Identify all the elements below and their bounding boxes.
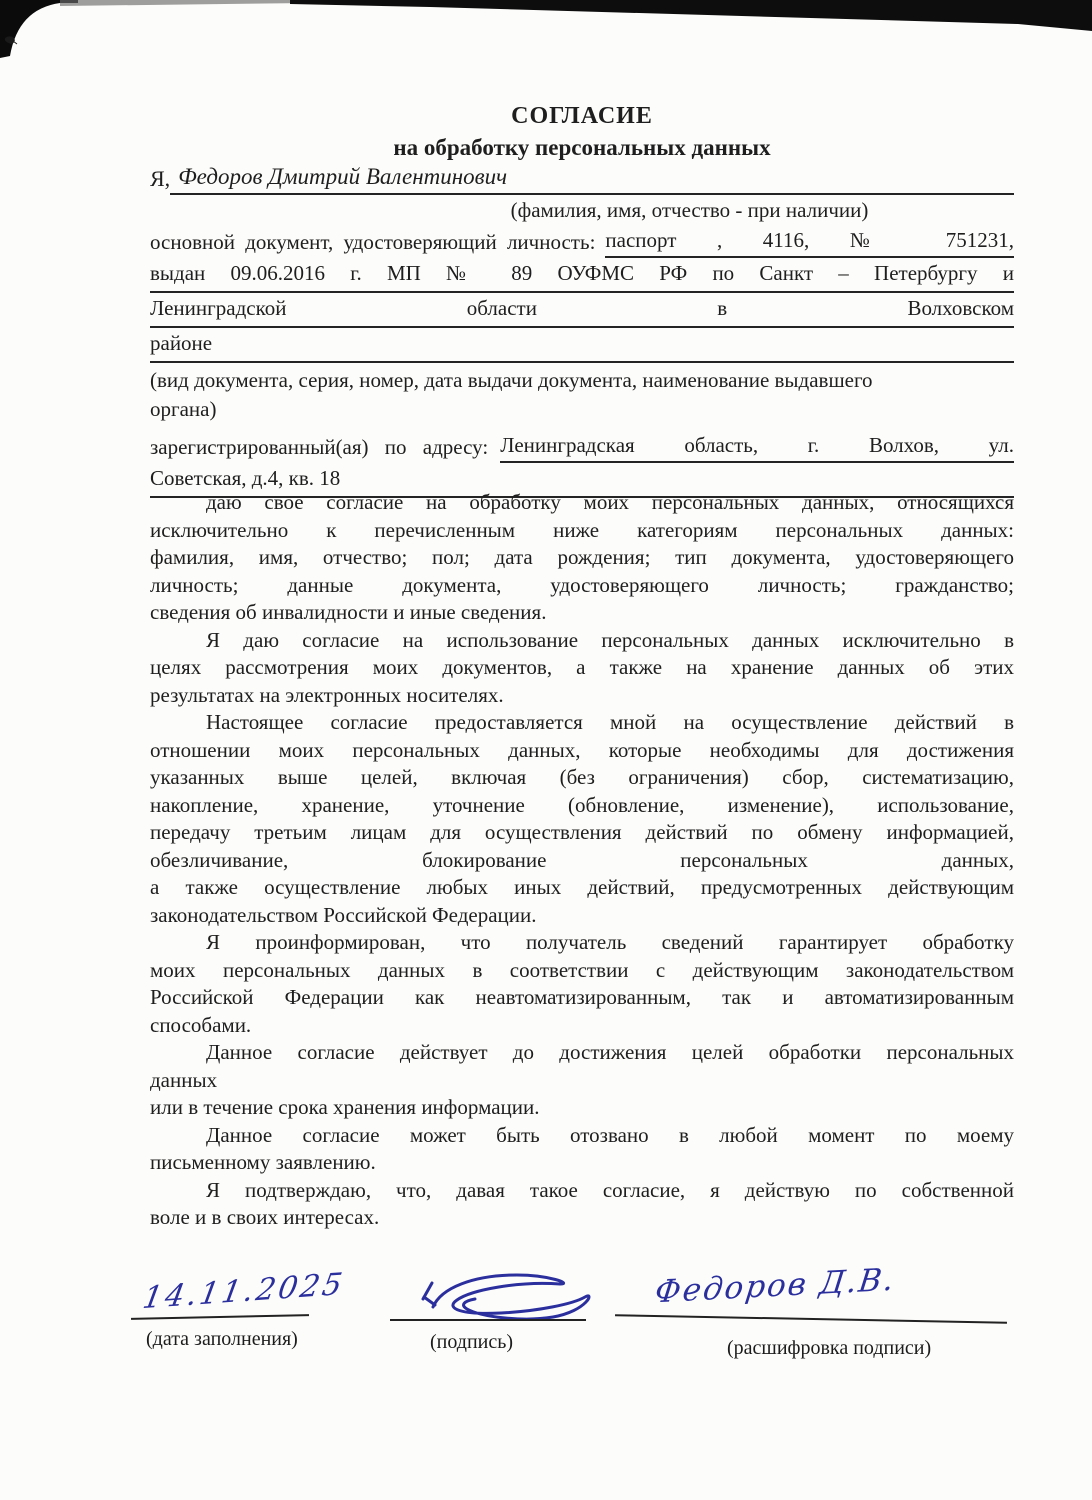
passport-caption-line-2: органа) — [150, 395, 1014, 424]
passport-value: паспорт , 4116, № 751231, — [605, 228, 1014, 252]
ink-speck — [5, 37, 17, 44]
paragraph-line: способами. — [150, 1012, 1014, 1040]
passport-line-4: районе — [150, 328, 1014, 363]
paragraph-line: результатах на электронных носителях. — [150, 682, 1014, 710]
paragraph-line: Я даю согласие на использование персонал… — [150, 627, 1014, 655]
passport-line-1: основной документ, удостоверяющий личнос… — [150, 225, 1014, 258]
paragraph-line: Данное согласие действует до достижения … — [150, 1039, 1014, 1067]
signature-underline — [390, 1319, 586, 1321]
paragraph-line: Настоящее согласие предоставляется мной … — [150, 709, 1014, 737]
paragraph-line: фамилия, имя, отчество; пол; дата рожден… — [150, 544, 1014, 572]
paragraph-line: или в течение срока хранения информации. — [150, 1094, 1014, 1122]
name-section: Я, Федоров Дмитрий Валентинович (фамилия… — [150, 159, 1014, 225]
date-caption: (дата заполнения) — [146, 1328, 298, 1351]
paragraph-line: указанных выше целей, включая (без огран… — [150, 764, 1014, 792]
paragraph-line: обезличивание, блокирование персональных… — [150, 847, 1014, 875]
paragraph-line: передачу третьим лицам для осуществления… — [150, 819, 1014, 847]
handwritten-date: 14.11.2025 — [140, 1267, 348, 1317]
paragraph-line: письменному заявлению. — [150, 1149, 1014, 1177]
name-underline — [615, 1314, 1007, 1324]
name-field-row: Я, Федоров Дмитрий Валентинович — [150, 159, 1014, 195]
page-title: СОГЛАСИЕ — [150, 101, 1014, 132]
paragraph-line: даю свое согласие на обработку моих перс… — [150, 489, 1014, 517]
paragraph-line: законодательством Российской Федерации. — [150, 902, 1014, 930]
paragraph-line: отношении моих персональных данных, кото… — [150, 737, 1014, 765]
passport-line-2: выдан 09.06.2016 г. МП № 89 ОУФМС РФ по … — [150, 258, 1014, 293]
address-line-1: зарегистрированный(ая) по адресу: Ленинг… — [150, 430, 1014, 463]
paragraph-line: сведения об инвалидности и иные сведения… — [150, 599, 1014, 627]
passport-section: основной документ, удостоверяющий личнос… — [150, 225, 1014, 424]
paragraph-line: накопление, хранение, уточнение (обновле… — [150, 792, 1014, 820]
filled-name-value: Федоров Дмитрий Валентинович — [178, 164, 507, 189]
signature-scribble — [413, 1263, 623, 1327]
scanned-consent-document: СОГЛАСИЕ на обработку персональных данны… — [0, 0, 1092, 1500]
paragraph-line: а также осуществление любых иных действи… — [150, 874, 1014, 902]
address-section: зарегистрированный(ая) по адресу: Ленинг… — [150, 430, 1014, 498]
paragraph-line: воле и в своих интересах. — [150, 1204, 1014, 1232]
handwritten-name: Федоров Д.В. — [653, 1262, 898, 1311]
name-field: Федоров Дмитрий Валентинович — [170, 160, 1014, 195]
paragraph-line: целях рассмотрения моих документов, а та… — [150, 654, 1014, 682]
passport-field: паспорт , 4116, № 751231, — [605, 225, 1014, 258]
body-text: даю свое согласие на обработку моих перс… — [150, 489, 1014, 1232]
document-header: СОГЛАСИЕ на обработку персональных данны… — [150, 101, 1014, 163]
name-field-caption: (фамилия, имя, отчество - при наличии) — [150, 195, 1014, 225]
passport-label: основной документ, удостоверяющий личнос… — [150, 227, 605, 258]
passport-caption-line-1: (вид документа, серия, номер, дата выдач… — [150, 366, 1014, 395]
paragraph-line: Я проинформирован, что получатель сведен… — [150, 929, 1014, 957]
paragraph-line: Я подтверждаю, что, давая такое согласие… — [150, 1177, 1014, 1205]
paragraph-line: Российской Федерации как неавтоматизиров… — [150, 984, 1014, 1012]
paragraph-line: моих персональных данных в соответствии … — [150, 957, 1014, 985]
address-value-1: Ленинградская область, г. Волхов, ул. — [500, 433, 1014, 457]
paragraph-line: личность; данные документа, удостоверяющ… — [150, 572, 1014, 600]
name-prefix: Я, — [150, 162, 170, 195]
paragraph-line: данных — [150, 1067, 1014, 1095]
passport-line-3: Ленинградской области в Волховском — [150, 293, 1014, 328]
passport-caption: (вид документа, серия, номер, дата выдач… — [150, 366, 1014, 424]
signature-caption: (подпись) — [430, 1331, 513, 1354]
paragraph-line: исключительно к перечисленным ниже катег… — [150, 517, 1014, 545]
address-field: Ленинградская область, г. Волхов, ул. — [500, 430, 1014, 463]
scan-edge-artifact — [0, 0, 1092, 64]
name-decipher-caption: (расшифровка подписи) — [727, 1337, 931, 1360]
address-label: зарегистрированный(ая) по адресу: — [150, 432, 500, 463]
paragraph-line: Данное согласие может быть отозвано в лю… — [150, 1122, 1014, 1150]
